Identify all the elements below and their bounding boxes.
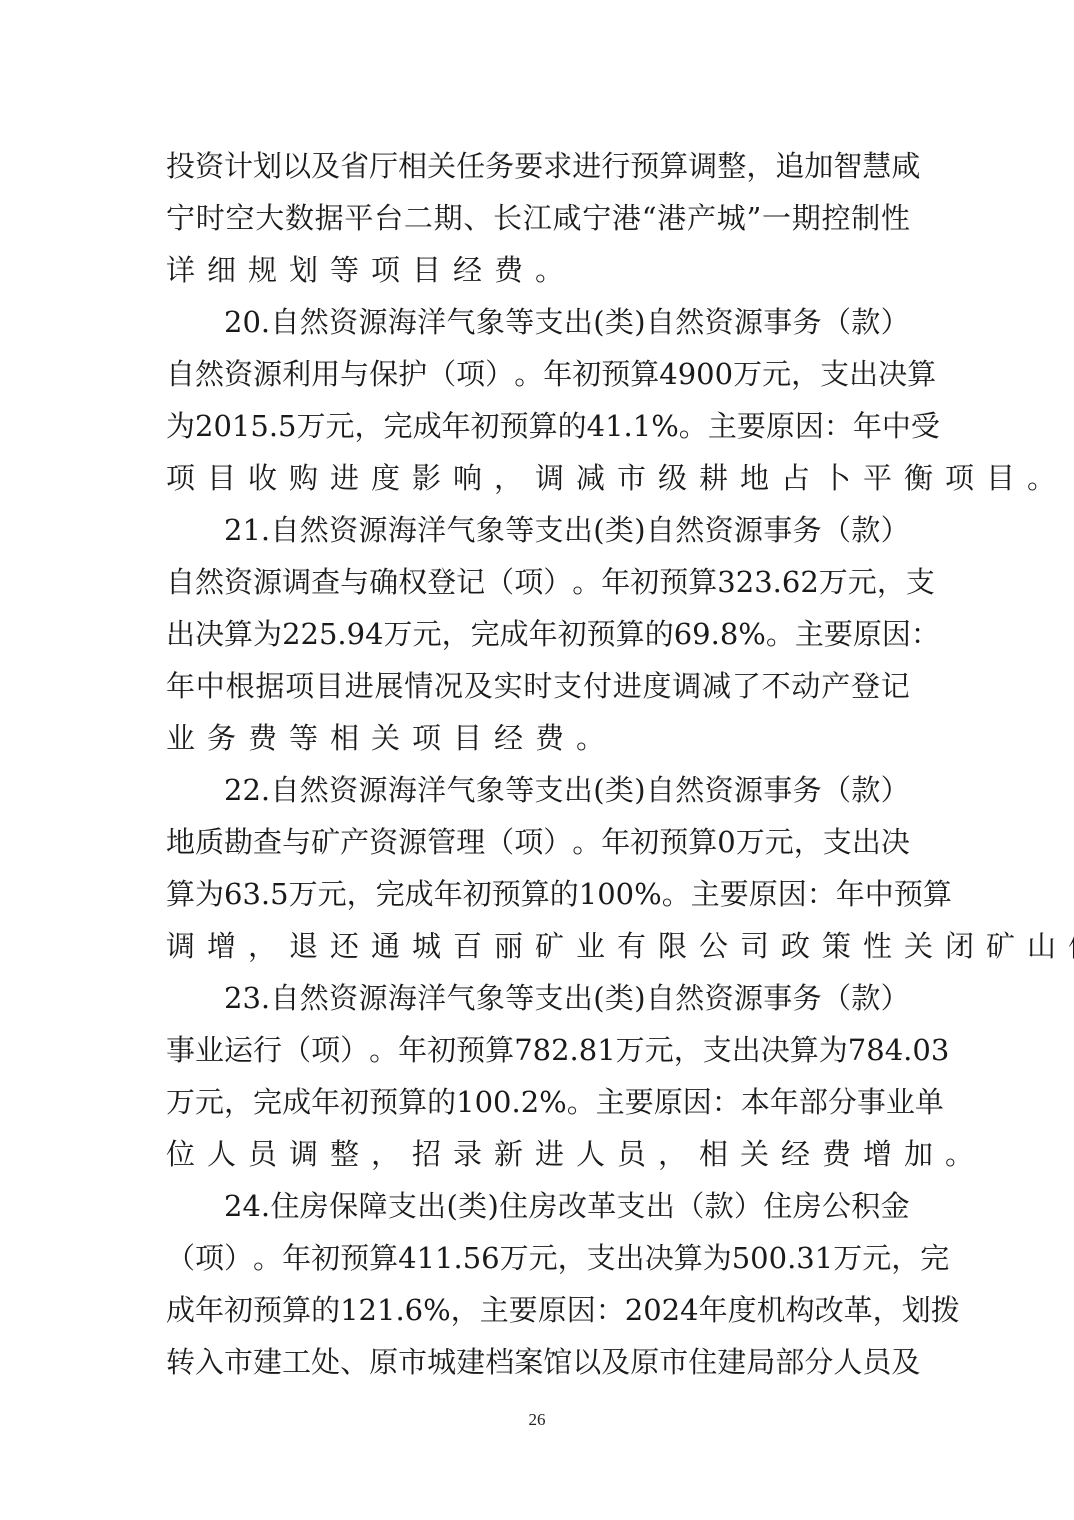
document-page: 投资计划以及省厅相关任务要求进行预算调整，追加智慧咸 宁时空大数据平台二期、长江…	[0, 0, 1074, 1520]
text-line: 投资计划以及省厅相关任务要求进行预算调整，追加智慧咸	[166, 140, 910, 192]
text-line: 万元，完成年初预算的100.2%。主要原因：本年部分事业单	[166, 1076, 910, 1128]
item-23-heading: 23.自然资源海洋气象等支出(类)自然资源事务（款）	[166, 972, 910, 1024]
item-21-heading: 21.自然资源海洋气象等支出(类)自然资源事务（款）	[166, 504, 910, 556]
text-line: 地质勘查与矿产资源管理（项）。年初预算0万元，支出决	[166, 816, 910, 868]
text-line: 详细规划等项目经费。	[166, 244, 910, 296]
text-line: 成年初预算的121.6%，主要原因：2024年度机构改革，划拨	[166, 1284, 910, 1336]
text-line: 事业运行（项）。年初预算782.81万元，支出决算为784.03	[166, 1024, 910, 1076]
item-20-heading: 20.自然资源海洋气象等支出(类)自然资源事务（款）	[166, 296, 910, 348]
text-line: 位人员调整，招录新进人员，相关经费增加。	[166, 1128, 910, 1180]
text-line: 项目收购进度影响，调减市级耕地占卜平衡项目。	[166, 452, 910, 504]
text-line: 自然资源调查与确权登记（项）。年初预算323.62万元，支	[166, 556, 910, 608]
text-line: 业务费等相关项目经费。	[166, 712, 910, 764]
item-24-heading: 24.住房保障支出(类)住房改革支出（款）住房公积金	[166, 1180, 910, 1232]
text-line: （项）。年初预算411.56万元，支出决算为500.31万元，完	[166, 1232, 910, 1284]
text-line: 算为63.5万元，完成年初预算的100%。主要原因：年中预算	[166, 868, 910, 920]
item-22-heading: 22.自然资源海洋气象等支出(类)自然资源事务（款）	[166, 764, 910, 816]
text-line: 转入市建工处、原市城建档案馆以及原市住建局部分人员及	[166, 1336, 910, 1388]
text-line: 出决算为225.94万元，完成年初预算的69.8%。主要原因：	[166, 608, 910, 660]
page-number: 26	[0, 1410, 1074, 1430]
text-line: 调增，退还通城百丽矿业有限公司政策性关闭矿山价款。	[166, 920, 910, 972]
body-text: 投资计划以及省厅相关任务要求进行预算调整，追加智慧咸 宁时空大数据平台二期、长江…	[166, 140, 910, 1388]
text-line: 年中根据项目进展情况及实时支付进度调减了不动产登记	[166, 660, 910, 712]
text-line: 宁时空大数据平台二期、长江咸宁港“港产城”一期控制性	[166, 192, 910, 244]
text-line: 自然资源利用与保护（项）。年初预算4900万元，支出决算	[166, 348, 910, 400]
text-line: 为2015.5万元，完成年初预算的41.1%。主要原因：年中受	[166, 400, 910, 452]
